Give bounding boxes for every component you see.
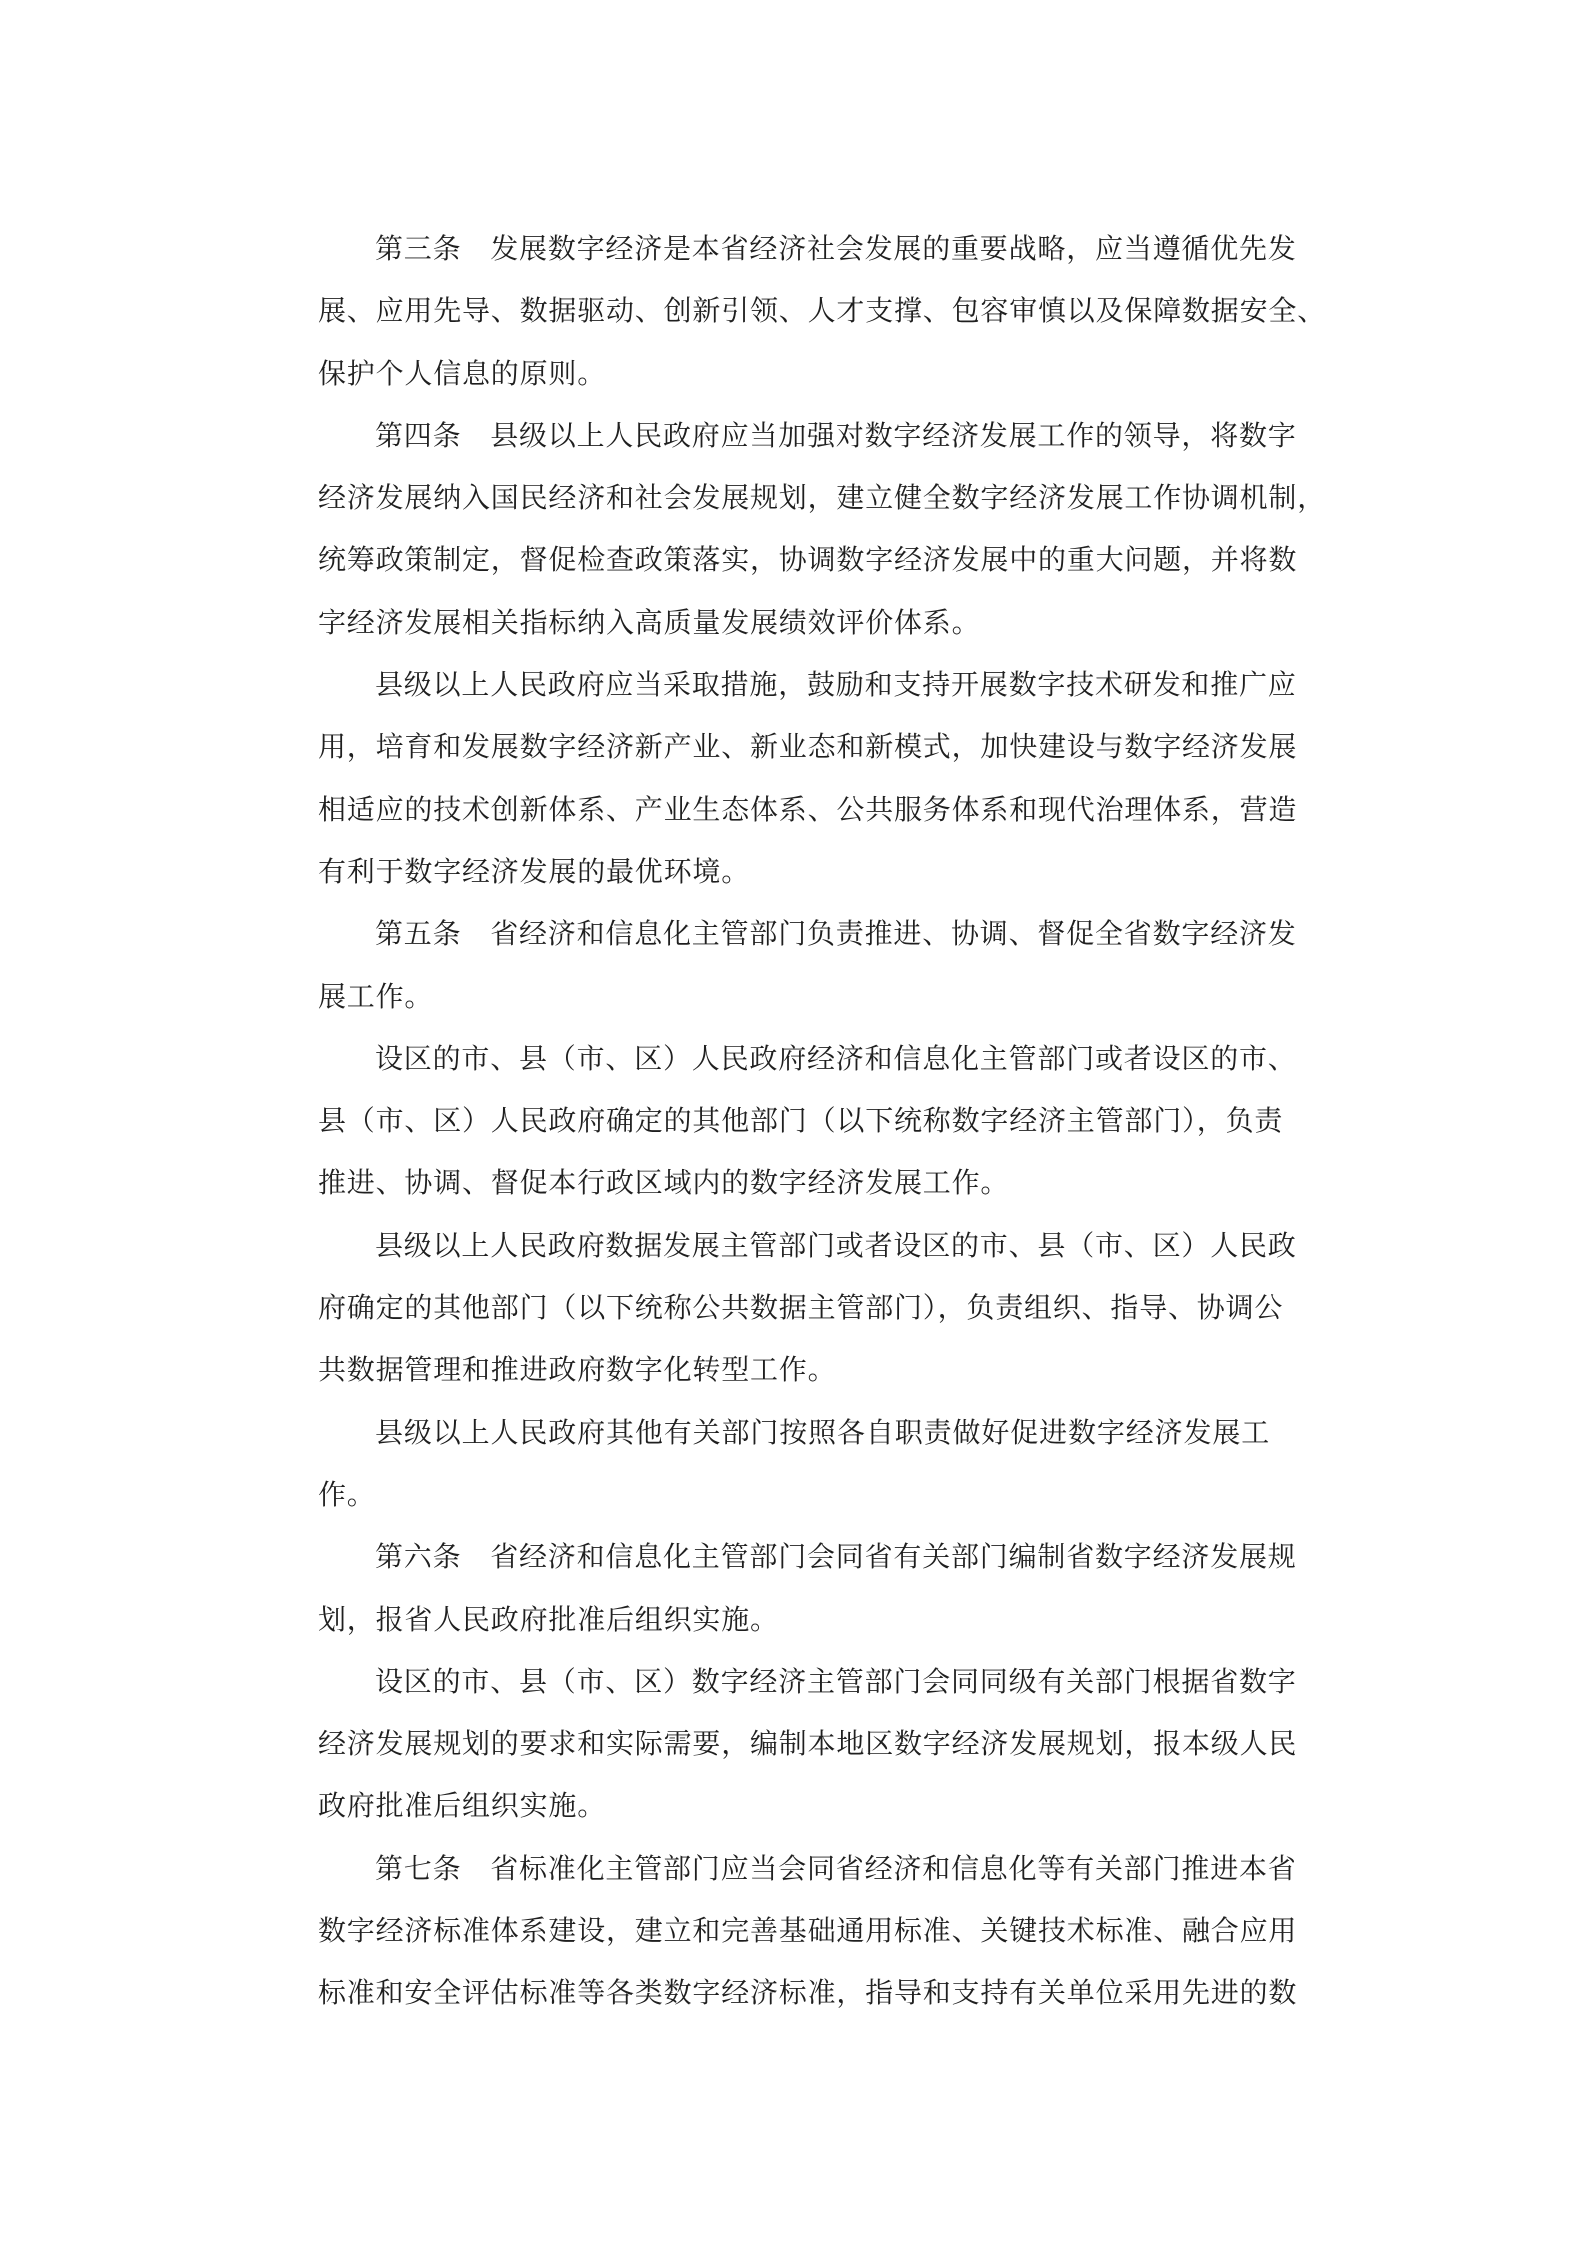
text-line: 展、应用先导、数据驱动、创新引领、人才支撑、包容审慎以及保障数据安全、 [318, 281, 1270, 343]
text-line: 政府批准后组织实施。 [318, 1776, 1270, 1838]
text-line: 统筹政策制定，督促检查政策落实，协调数字经济发展中的重大问题，并将数 [318, 530, 1270, 592]
text-line: 共数据管理和推进政府数字化转型工作。 [318, 1340, 1270, 1402]
text-line: 县（市、区）人民政府确定的其他部门（以下统称数字经济主管部门），负责 [318, 1091, 1270, 1153]
paragraph-article-5-para-3: 县级以上人民政府数据发展主管部门或者设区的市、县（市、区）人民政府确定的其他部门… [318, 1216, 1270, 1403]
text-line: 第七条 省标准化主管部门应当会同省经济和信息化等有关部门推进本省 [318, 1839, 1270, 1901]
document-page: 第三条 发展数字经济是本省经济社会发展的重要战略，应当遵循优先发展、应用先导、数… [0, 0, 1586, 2244]
text-line: 标准和安全评估标准等各类数字经济标准，指导和支持有关单位采用先进的数 [318, 1963, 1270, 2025]
text-line: 设区的市、县（市、区）数字经济主管部门会同同级有关部门根据省数字 [318, 1652, 1270, 1714]
paragraph-article-3: 第三条 发展数字经济是本省经济社会发展的重要战略，应当遵循优先发展、应用先导、数… [318, 219, 1270, 406]
paragraph-article-5-para-2: 设区的市、县（市、区）人民政府经济和信息化主管部门或者设区的市、县（市、区）人民… [318, 1029, 1270, 1216]
text-line: 展工作。 [318, 967, 1270, 1029]
text-line: 县级以上人民政府其他有关部门按照各自职责做好促进数字经济发展工 [318, 1403, 1270, 1465]
text-line: 推进、协调、督促本行政区域内的数字经济发展工作。 [318, 1153, 1270, 1215]
paragraph-article-4: 第四条 县级以上人民政府应当加强对数字经济发展工作的领导，将数字经济发展纳入国民… [318, 406, 1270, 655]
text-line: 保护个人信息的原则。 [318, 344, 1270, 406]
text-line: 第四条 县级以上人民政府应当加强对数字经济发展工作的领导，将数字 [318, 406, 1270, 468]
text-line: 作。 [318, 1465, 1270, 1527]
text-line: 划，报省人民政府批准后组织实施。 [318, 1590, 1270, 1652]
text-line: 县级以上人民政府应当采取措施，鼓励和支持开展数字技术研发和推广应 [318, 655, 1270, 717]
text-line: 有利于数字经济发展的最优环境。 [318, 842, 1270, 904]
text-line: 经济发展规划的要求和实际需要，编制本地区数字经济发展规划，报本级人民 [318, 1714, 1270, 1776]
text-line: 经济发展纳入国民经济和社会发展规划，建立健全数字经济发展工作协调机制， [318, 468, 1270, 530]
text-line: 第六条 省经济和信息化主管部门会同省有关部门编制省数字经济发展规 [318, 1527, 1270, 1589]
text-line: 第三条 发展数字经济是本省经济社会发展的重要战略，应当遵循优先发 [318, 219, 1270, 281]
text-line: 字经济发展相关指标纳入高质量发展绩效评价体系。 [318, 593, 1270, 655]
paragraph-article-5: 第五条 省经济和信息化主管部门负责推进、协调、督促全省数字经济发展工作。 [318, 904, 1270, 1029]
text-line: 县级以上人民政府数据发展主管部门或者设区的市、县（市、区）人民政 [318, 1216, 1270, 1278]
text-line: 第五条 省经济和信息化主管部门负责推进、协调、督促全省数字经济发 [318, 904, 1270, 966]
text-line: 数字经济标准体系建设，建立和完善基础通用标准、关键技术标准、融合应用 [318, 1901, 1270, 1963]
text-line: 相适应的技术创新体系、产业生态体系、公共服务体系和现代治理体系，营造 [318, 780, 1270, 842]
paragraph-article-4-para-2: 县级以上人民政府应当采取措施，鼓励和支持开展数字技术研发和推广应用，培育和发展数… [318, 655, 1270, 904]
document-body: 第三条 发展数字经济是本省经济社会发展的重要战略，应当遵循优先发展、应用先导、数… [318, 219, 1270, 2026]
text-line: 用，培育和发展数字经济新产业、新业态和新模式，加快建设与数字经济发展 [318, 717, 1270, 779]
paragraph-article-6: 第六条 省经济和信息化主管部门会同省有关部门编制省数字经济发展规划，报省人民政府… [318, 1527, 1270, 1652]
paragraph-article-5-para-4: 县级以上人民政府其他有关部门按照各自职责做好促进数字经济发展工作。 [318, 1403, 1270, 1528]
paragraph-article-7: 第七条 省标准化主管部门应当会同省经济和信息化等有关部门推进本省数字经济标准体系… [318, 1839, 1270, 2026]
text-line: 府确定的其他部门（以下统称公共数据主管部门），负责组织、指导、协调公 [318, 1278, 1270, 1340]
text-line: 设区的市、县（市、区）人民政府经济和信息化主管部门或者设区的市、 [318, 1029, 1270, 1091]
paragraph-article-6-para-2: 设区的市、县（市、区）数字经济主管部门会同同级有关部门根据省数字经济发展规划的要… [318, 1652, 1270, 1839]
